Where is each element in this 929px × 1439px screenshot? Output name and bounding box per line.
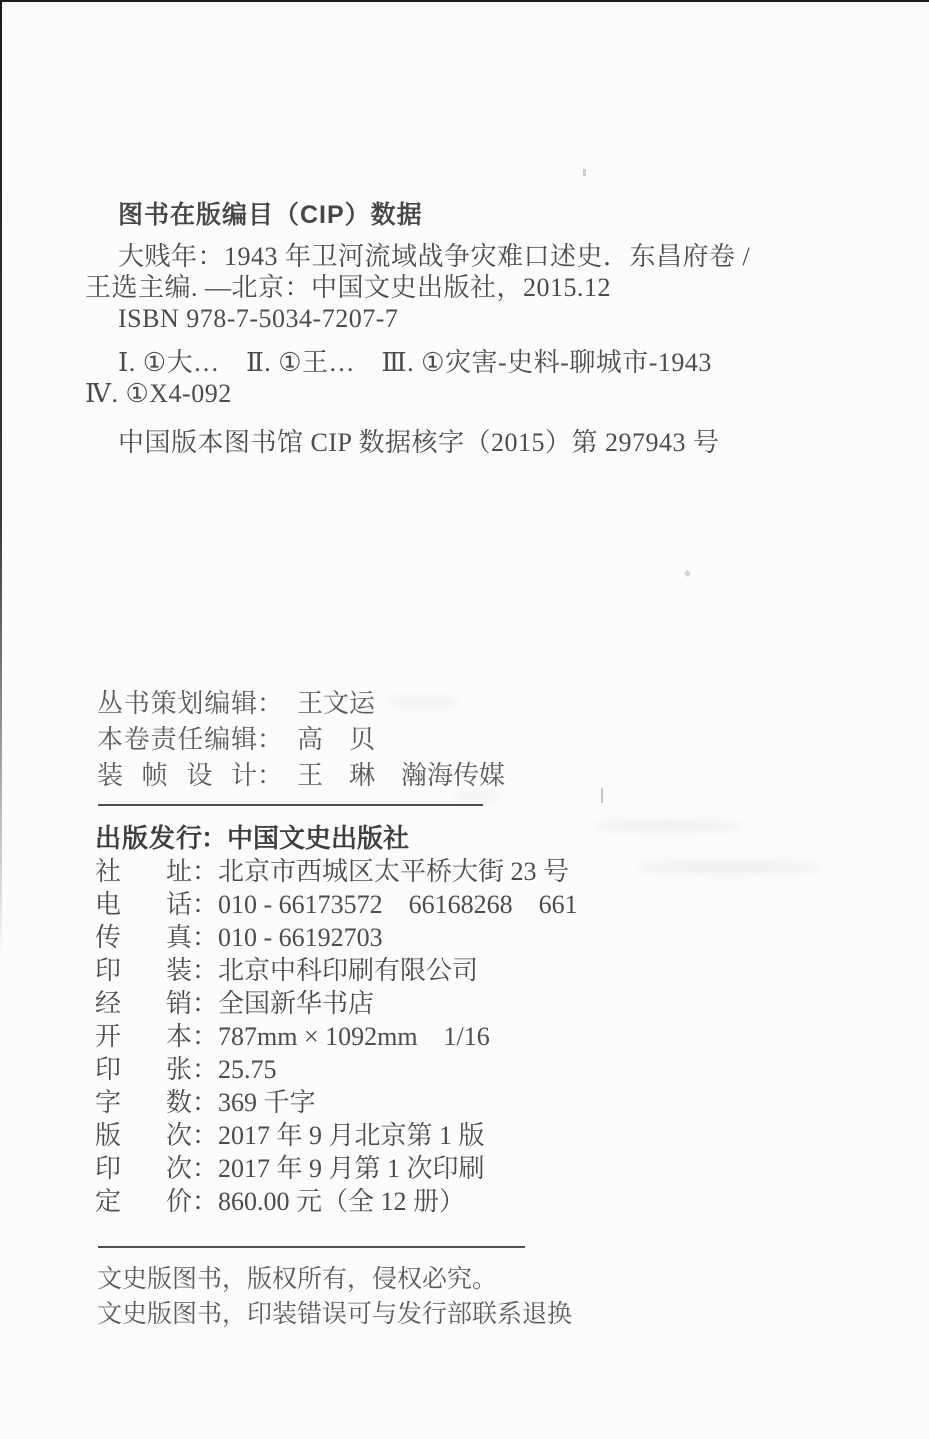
- row-value: 860.00 元（全 12 册）: [218, 1187, 465, 1216]
- cip-heading: 图书在版编目（CIP）数据: [118, 195, 423, 231]
- notices-block: 文史版图书，版权所有，侵权必究。 文史版图书，印装错误可与发行部联系退换: [97, 1262, 572, 1332]
- editor-row-series: 丛书策划编辑：王文运: [97, 686, 505, 722]
- scan-edge-left: [0, 0, 2, 960]
- row-label: 字数: [95, 1086, 192, 1119]
- row-label: 传真: [95, 921, 192, 954]
- publisher-heading-value: 中国文史出版社: [227, 823, 409, 853]
- publisher-row-edition: 版次：2017 年 9 月北京第 1 版: [95, 1119, 578, 1152]
- scan-smudge: [636, 860, 821, 874]
- colon: ：: [257, 689, 283, 718]
- editor-label: 本卷责任编辑: [97, 722, 257, 758]
- colon: ：: [192, 987, 218, 1020]
- row-value: 北京市西城区太平桥大街 23 号: [218, 857, 569, 886]
- colon: ：: [192, 888, 218, 921]
- colon: ：: [192, 1119, 218, 1152]
- row-label: 版次: [95, 1119, 192, 1152]
- colon: ：: [257, 725, 283, 754]
- row-value: 全国新华书店: [218, 989, 374, 1018]
- row-label: 印张: [95, 1053, 192, 1086]
- scan-speck: [601, 788, 603, 803]
- publisher-row-price: 定价：860.00 元（全 12 册）: [95, 1185, 578, 1218]
- publisher-row-phone: 电话：010 - 66173572 66168268 661: [95, 888, 578, 921]
- row-label: 印装: [95, 954, 192, 987]
- publisher-heading-label: 出版发行: [95, 822, 201, 855]
- row-value: 2017 年 9 月第 1 次印刷: [218, 1154, 485, 1183]
- row-value: 369 千字: [218, 1088, 316, 1117]
- row-value: 25.75: [218, 1055, 277, 1084]
- copyright-notice: 文史版图书，版权所有，侵权必究。: [97, 1262, 572, 1297]
- cip-classification: Ⅰ. ①大… Ⅱ. ①王… Ⅲ. ①灾害-史料-聊城市-1943 Ⅳ. ①X4-…: [85, 347, 712, 409]
- editors-block: 丛书策划编辑：王文运 本卷责任编辑：高 贝 装帧设计：王 琳 瀚海传媒: [97, 686, 505, 794]
- colon: ：: [257, 761, 283, 790]
- colon: ：: [192, 855, 218, 888]
- row-value: 010 - 66173572 66168268 661: [218, 888, 578, 921]
- scan-edge-top: [0, 0, 929, 2]
- publisher-row-format: 开本：787mm × 1092mm 1/16: [95, 1020, 578, 1053]
- publisher-row-impression: 印次：2017 年 9 月第 1 次印刷: [95, 1152, 578, 1185]
- colon: ：: [192, 1086, 218, 1119]
- colon: ：: [192, 1053, 218, 1086]
- cip-isbn-line: ISBN 978-7-5034-7207-7: [85, 303, 750, 334]
- publisher-row-distribution: 经销：全国新华书店: [95, 987, 578, 1020]
- editor-value: 高 贝: [283, 725, 375, 754]
- row-value: 787mm × 1092mm 1/16: [218, 1022, 490, 1051]
- cip-title-line-2: 王选主编. —北京：中国文史出版社，2015.12: [85, 272, 750, 303]
- row-value: 北京中科印刷有限公司: [218, 956, 478, 985]
- row-value: 2017 年 9 月北京第 1 版: [218, 1121, 485, 1150]
- editor-label: 丛书策划编辑: [97, 686, 257, 722]
- publisher-heading-row: 出版发行：中国文史出版社: [95, 822, 578, 855]
- publisher-block: 出版发行：中国文史出版社 社址：北京市西城区太平桥大街 23 号 电话：010 …: [95, 822, 578, 1218]
- cip-class-line-2: Ⅳ. ①X4-092: [85, 378, 712, 409]
- cip-class-line-1: Ⅰ. ①大… Ⅱ. ①王… Ⅲ. ①灾害-史料-聊城市-1943: [85, 347, 712, 378]
- return-notice: 文史版图书，印装错误可与发行部联系退换: [97, 1297, 572, 1332]
- publisher-row-address: 社址：北京市西城区太平桥大街 23 号: [95, 855, 578, 888]
- row-label: 社址: [95, 855, 192, 888]
- row-label: 开本: [95, 1020, 192, 1053]
- row-label: 定价: [95, 1185, 192, 1218]
- row-label: 经销: [95, 987, 192, 1020]
- publisher-row-printing: 印装：北京中科印刷有限公司: [95, 954, 578, 987]
- publisher-row-sheets: 印张：25.75: [95, 1053, 578, 1086]
- editor-value: 王 琳 瀚海传媒: [283, 761, 505, 790]
- scan-speck: [583, 169, 586, 176]
- colon: ：: [192, 1152, 218, 1185]
- editor-row-design: 装帧设计：王 琳 瀚海传媒: [97, 758, 505, 794]
- row-label: 印次: [95, 1152, 192, 1185]
- editor-value: 王文运: [283, 689, 375, 718]
- divider-top: [98, 804, 483, 806]
- cip-title-line-1: 大贱年：1943 年卫河流域战争灾难口述史．东昌府卷 /: [85, 241, 750, 272]
- cip-record-line: 中国版本图书馆 CIP 数据核字（2015）第 297943 号: [118, 422, 720, 459]
- copyright-page: 图书在版编目（CIP）数据 大贱年：1943 年卫河流域战争灾难口述史．东昌府卷…: [0, 0, 929, 1439]
- publisher-row-fax: 传真：010 - 66192703: [95, 921, 578, 954]
- publisher-row-wordcount: 字数：369 千字: [95, 1086, 578, 1119]
- colon: ：: [192, 1185, 218, 1218]
- colon: ：: [192, 954, 218, 987]
- editor-label: 装帧设计: [97, 758, 257, 794]
- row-label: 电话: [95, 888, 192, 921]
- divider-bottom: [98, 1246, 525, 1248]
- scan-speck: [684, 570, 691, 577]
- colon: ：: [201, 822, 227, 855]
- cip-title-paragraph: 大贱年：1943 年卫河流域战争灾难口述史．东昌府卷 / 王选主编. —北京：中…: [85, 241, 750, 334]
- editor-row-volume: 本卷责任编辑：高 贝: [97, 722, 505, 758]
- colon: ：: [192, 921, 218, 954]
- row-value: 010 - 66192703: [218, 923, 383, 952]
- scan-smudge: [592, 820, 742, 832]
- return-notice-row: 文史版图书，印装错误可与发行部联系退换: [97, 1297, 572, 1332]
- colon: ：: [192, 1020, 218, 1053]
